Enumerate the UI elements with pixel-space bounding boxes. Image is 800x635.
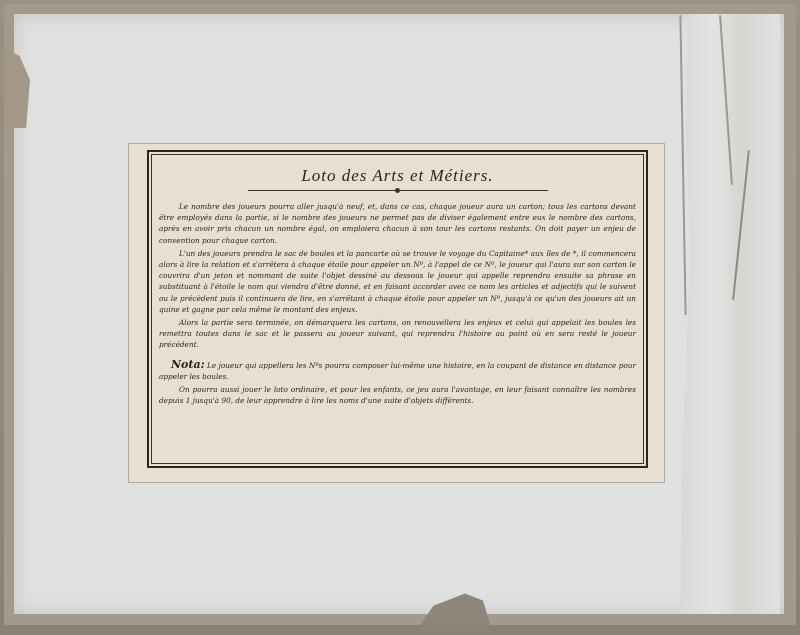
paragraph-end-game: Alors la partie sera terminée, on démarq… [159, 317, 636, 351]
document-label: Loto des Arts et Métiers. Le nombre des … [128, 143, 665, 483]
title-underline [248, 190, 548, 191]
paragraph-rules: L'un des joueurs prendra le sac de boule… [159, 248, 636, 315]
nota-text: Le joueur qui appellera les Nºs pourra c… [159, 361, 636, 381]
cardboard-backing: Loto des Arts et Métiers. Le nombre des … [0, 0, 800, 635]
paragraph-players: Le nombre des joueurs pourra aller jusqu… [159, 201, 636, 246]
document-title: Loto des Arts et Métiers. [159, 166, 636, 186]
double-rule-border: Loto des Arts et Métiers. Le nombre des … [147, 150, 648, 468]
torn-paper-right [680, 14, 780, 614]
paragraph-closing: On pourra aussi jouer le loto ordinaire,… [159, 384, 636, 406]
label-content: Loto des Arts et Métiers. Le nombre des … [159, 160, 636, 460]
nota-label: Nota: [171, 358, 205, 371]
nota-paragraph: Nota: Le joueur qui appellera les Nºs po… [159, 359, 636, 382]
